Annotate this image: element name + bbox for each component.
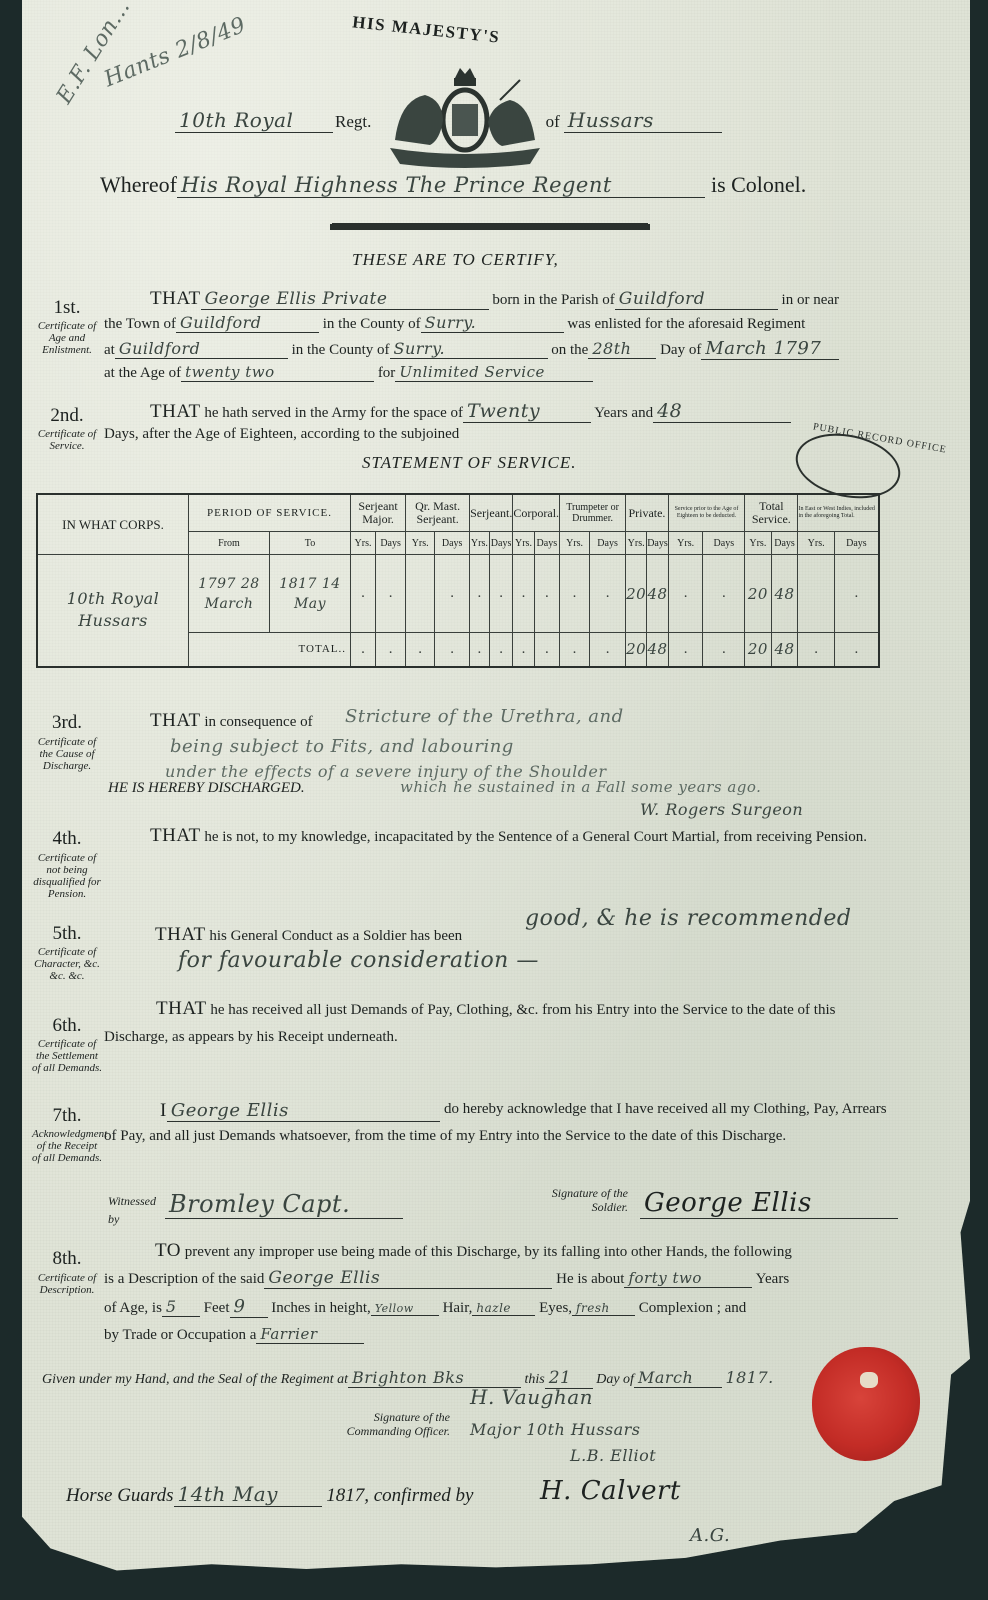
years-subheader: Yrs. <box>798 532 834 555</box>
section-1-number: 1st. <box>32 297 102 319</box>
rank-header: In East or West Indies, included in the … <box>798 494 879 532</box>
eye-colour: hazle <box>472 1301 535 1316</box>
section-1-line-1: THATGeorge Ellis Private born in the Par… <box>150 288 839 310</box>
about-label: He is about <box>556 1271 624 1287</box>
total-label: TOTAL.. <box>189 633 351 667</box>
section-8-number: 8th. <box>32 1248 102 1270</box>
rank-header: Total Service. <box>745 494 798 532</box>
town: Guildford <box>176 313 319 333</box>
section-2-line-2: Days, after the Age of Eighteen, accordi… <box>104 426 459 443</box>
service-days: 48 <box>653 400 791 423</box>
statement-heading: STATEMENT OF SERVICE. <box>362 453 576 473</box>
enlisted-label: was enlisted for the aforesaid Regiment <box>567 316 805 332</box>
colonel-name: His Royal Highness The Prince Regent <box>177 173 705 198</box>
service-value-cell: . <box>703 555 745 633</box>
confirmation-place: Horse Guards <box>66 1485 174 1506</box>
pension-body: he is not, to my knowledge, incapacitate… <box>204 829 867 845</box>
service-value-cell <box>798 555 834 633</box>
section-1-line-4: at the Age oftwenty two forUnlimited Ser… <box>104 363 593 382</box>
section-2-note: Certificate of Service. <box>32 428 102 452</box>
section-6-note: Certificate of the Settlement of all Dem… <box>32 1038 102 1074</box>
service-value-cell: . <box>470 555 490 633</box>
that-label: THAT <box>155 924 206 945</box>
total-value-cell: 20 <box>745 633 771 667</box>
section-6-number: 6th. <box>32 1015 102 1037</box>
confirmation-date: 14th May <box>174 1482 322 1507</box>
witness-signature: Bromley Capt. <box>165 1190 403 1219</box>
service-value-cell: . <box>351 555 376 633</box>
soldier-signature-label: Signature of the Soldier. <box>548 1186 628 1214</box>
total-value-cell: . <box>560 633 590 667</box>
total-value-cell: 20 <box>626 633 647 667</box>
header-divider <box>330 224 650 230</box>
desc-line-2: is a Description of the saidGeorge Ellis… <box>104 1268 789 1289</box>
to-cell: 1817 14 May <box>270 555 351 633</box>
character-line: THAT his General Conduct as a Soldier ha… <box>155 924 462 946</box>
wax-seal-hole <box>860 1372 878 1388</box>
total-value-cell: . <box>513 633 534 667</box>
service-value-cell: 20 <box>745 555 771 633</box>
height-feet: 5 <box>162 1297 200 1317</box>
enlist-age: twenty two <box>181 363 374 382</box>
desc-label: is a Description of the said <box>104 1271 264 1287</box>
hair-label: Hair, <box>443 1300 473 1316</box>
rank-header: Serjeant Major. <box>351 494 406 532</box>
enlist-month-year: March 1797 <box>701 338 839 360</box>
desc-line-3: of Age, is5 Feet9 Inches in height,Yello… <box>104 1296 746 1318</box>
desc-line-4: by Trade or Occupation aFarrier <box>104 1325 364 1344</box>
total-value-cell: 48 <box>771 633 798 667</box>
regt-label: Regt. <box>335 112 371 131</box>
from-header: From <box>189 532 270 555</box>
complexion-label: Complexion ; and <box>639 1300 747 1316</box>
service-value-cell: . <box>489 555 513 633</box>
service-value-cell: . <box>590 555 626 633</box>
days-subheader: Days <box>647 532 669 555</box>
total-value-cell: . <box>534 633 559 667</box>
near-label: in or near <box>782 292 839 308</box>
given-label: Given under my Hand, and the Seal of the… <box>42 1372 348 1387</box>
of-label: of <box>546 112 560 131</box>
desc-line-1: TO prevent any improper use being made o… <box>155 1240 792 1262</box>
co-signature-1: H. Vaughan <box>470 1385 593 1409</box>
trade: Farrier <box>256 1325 364 1344</box>
section-1-line-3: atGuildford in the County ofSurry. on th… <box>104 338 839 360</box>
rank-header: Qr. Mast. Serjeant. <box>406 494 470 532</box>
years-subheader: Yrs. <box>668 532 703 555</box>
days-subheader: Days <box>534 532 559 555</box>
years-label: Years <box>756 1271 789 1287</box>
rank-header: Service prior to the Age of Eighteen to … <box>668 494 744 532</box>
parish: Guildford <box>615 289 778 310</box>
service-value-cell <box>406 555 435 633</box>
regiment-type: Hussars <box>564 108 722 133</box>
total-value-cell: . <box>590 633 626 667</box>
settlement-text: THAT he has received all just Demands of… <box>104 995 894 1051</box>
years-subheader: Yrs. <box>513 532 534 555</box>
total-value-cell: . <box>470 633 490 667</box>
regiment-line: 10th RoyalRegt. ofHussars <box>175 108 722 133</box>
that-label: THAT <box>150 825 201 846</box>
born-label: born in the Parish of <box>492 292 614 308</box>
years-subheader: Yrs. <box>470 532 490 555</box>
discharge-cause-4: which he sustained in a Fall some years … <box>400 778 761 796</box>
county-label: in the County of <box>323 316 421 332</box>
total-value-cell: . <box>703 633 745 667</box>
co-signature-3: L.B. Elliot <box>570 1446 656 1465</box>
days-subheader: Days <box>703 532 745 555</box>
section-4-number: 4th. <box>32 828 102 850</box>
total-value-cell: . <box>376 633 406 667</box>
enlist-county: Surry. <box>390 339 548 359</box>
total-value-cell: . <box>435 633 470 667</box>
that-label: THAT <box>150 710 201 731</box>
section-2-number: 2nd. <box>32 405 102 427</box>
complexion: fresh <box>572 1301 635 1316</box>
trade-label: by Trade or Occupation a <box>104 1327 256 1343</box>
that-label: THAT <box>150 288 201 309</box>
age-label: of Age, is <box>104 1300 162 1316</box>
section-3-number: 3rd. <box>32 712 102 734</box>
age-label: at the Age of <box>104 365 181 381</box>
that-label: THAT <box>156 998 207 1019</box>
corps-cell: 10th Royal Hussars <box>37 555 189 667</box>
at-label: at <box>104 342 115 358</box>
days-subheader: Days <box>435 532 470 555</box>
days-subheader: Days <box>489 532 513 555</box>
character-value: good, & he is recommended <box>525 906 851 931</box>
confirmation-line: Horse Guards14th May 1817, confirmed by <box>66 1482 473 1507</box>
years-subheader: Yrs. <box>560 532 590 555</box>
for-label: for <box>378 365 396 381</box>
service-term: Unlimited Service <box>395 363 593 382</box>
service-value-cell: . <box>668 555 703 633</box>
total-value-cell: . <box>668 633 703 667</box>
total-value-cell: . <box>351 633 376 667</box>
total-value-cell: . <box>406 633 435 667</box>
total-value-cell: . <box>834 633 879 667</box>
service-value-cell: . <box>834 555 879 633</box>
section-4-note: Certificate of not being disqualified fo… <box>32 852 102 900</box>
section-1-line-2: the Town ofGuildford in the County ofSur… <box>104 313 805 333</box>
served-label: he hath served in the Army for the space… <box>204 405 463 421</box>
section-1-note: Certificate of Age and Enlistment. <box>32 320 102 356</box>
certify-heading: THESE ARE TO CERTIFY, <box>352 250 559 270</box>
desc-name: George Ellis <box>264 1268 552 1289</box>
service-years: Twenty <box>463 400 591 423</box>
enlist-place: Guildford <box>115 339 288 359</box>
county-label-2: in the County of <box>292 342 390 358</box>
days-subheader: Days <box>834 532 879 555</box>
character-label: his General Conduct as a Soldier has bee… <box>209 928 462 944</box>
confirmed-label: confirmed by <box>374 1485 474 1506</box>
days-subheader: Days <box>376 532 406 555</box>
character-value-2: for favourable consideration — <box>178 948 539 973</box>
section-7-note: Acknowledgment of the Receipt of all Dem… <box>32 1128 102 1164</box>
height-inches: 9 <box>230 1296 268 1318</box>
total-value-cell: . <box>489 633 513 667</box>
on-the-label: on the <box>551 342 588 358</box>
confirmation-year: 1817, <box>326 1485 369 1506</box>
commanding-officer-label: Signature of the Commanding Officer. <box>310 1410 450 1438</box>
to-label: TO <box>155 1240 181 1261</box>
pension-text: THAT he is not, to my knowledge, incapac… <box>104 820 884 853</box>
desc-age: forty two <box>624 1269 752 1288</box>
to-header: To <box>270 532 351 555</box>
rank-header: Trumpeter or Drummer. <box>560 494 626 532</box>
section-5-note: Certificate of Character, &c. &c. &c. <box>32 946 102 982</box>
section-5-number: 5th. <box>32 923 102 945</box>
given-month: March <box>634 1368 722 1388</box>
period-header: PERIOD OF SERVICE. <box>189 494 351 532</box>
surgeon-signature: W. Rogers Surgeon <box>640 800 803 819</box>
days-subheader: Days <box>590 532 626 555</box>
feet-label: Feet <box>204 1300 230 1316</box>
settlement-body: he has received all just Demands of Pay,… <box>104 1002 835 1045</box>
witnessed-label: Witnessed by <box>108 1192 168 1228</box>
service-value-cell: . <box>513 555 534 633</box>
service-value-cell: . <box>534 555 559 633</box>
from-cell: 1797 28 March <box>189 555 270 633</box>
rank-header: Private. <box>626 494 669 532</box>
years-subheader: Yrs. <box>351 532 376 555</box>
colonel-line: WhereofHis Royal Highness The Prince Reg… <box>100 172 806 198</box>
rank-header: Serjeant. <box>470 494 513 532</box>
service-value-cell: . <box>376 555 406 633</box>
whereof-label: Whereof <box>100 172 177 197</box>
section-2-line-1: THAT he hath served in the Army for the … <box>150 400 791 423</box>
service-value-cell: 48 <box>647 555 669 633</box>
total-value-cell: 48 <box>647 633 669 667</box>
confirmation-signature: H. Calvert <box>540 1476 681 1506</box>
co-signature-2: Major 10th Hussars <box>470 1420 641 1439</box>
section-7-number: 7th. <box>32 1105 102 1127</box>
soldier-signature: George Ellis <box>640 1188 898 1219</box>
total-value-cell: . <box>798 633 834 667</box>
discharged-label: HE IS HEREBY DISCHARGED. <box>108 780 305 797</box>
regiment-number: 10th Royal <box>175 108 333 133</box>
service-value-cell: 48 <box>771 555 798 633</box>
days-subheader: Days <box>771 532 798 555</box>
given-line: Given under my Hand, and the Seal of the… <box>42 1368 774 1389</box>
confirmation-suffix: A.G. <box>690 1525 730 1546</box>
town-label: the Town of <box>104 316 176 332</box>
inches-label: Inches in height, <box>271 1300 371 1316</box>
service-value-cell: . <box>560 555 590 633</box>
years-subheader: Yrs. <box>406 532 435 555</box>
years-subheader: Yrs. <box>626 532 647 555</box>
discharge-cause-2: being subject to Fits, and labouring <box>170 736 514 757</box>
given-year: 1817. <box>725 1368 773 1387</box>
corps-header: IN WHAT CORPS. <box>37 494 189 555</box>
day-of-label: Day of <box>596 1372 634 1387</box>
service-value-cell: . <box>435 555 470 633</box>
soldier-name: George Ellis Private <box>201 289 489 310</box>
eyes-label: Eyes, <box>539 1300 572 1316</box>
discharge-line-1: THAT in consequence of <box>150 710 313 732</box>
discharge-cause-1: Stricture of the Urethra, and <box>345 706 624 727</box>
section-3-note: Certificate of the Cause of Discharge. <box>32 736 102 772</box>
day-of-label: Day of <box>660 342 701 358</box>
enlist-day: 28th <box>588 339 656 359</box>
colonel-suffix: is Colonel. <box>711 172 806 197</box>
service-value-cell: 20 <box>626 555 647 633</box>
section-8-note: Certificate of Description. <box>32 1272 102 1296</box>
years-label: Years and <box>594 405 653 421</box>
rank-header: Corporal. <box>513 494 560 532</box>
ack-text: do hereby acknowledge that I have receiv… <box>104 1096 894 1150</box>
desc-intro: prevent any improper use being made of t… <box>185 1244 792 1260</box>
that-label: THAT <box>150 401 201 422</box>
hair-colour: Yellow <box>371 1302 439 1316</box>
county: Surry. <box>421 313 564 333</box>
years-subheader: Yrs. <box>745 532 771 555</box>
consequence-label: in consequence of <box>204 714 312 730</box>
wax-seal <box>812 1347 920 1461</box>
statement-of-service-table: IN WHAT CORPS. PERIOD OF SERVICE. Serjea… <box>36 493 880 668</box>
